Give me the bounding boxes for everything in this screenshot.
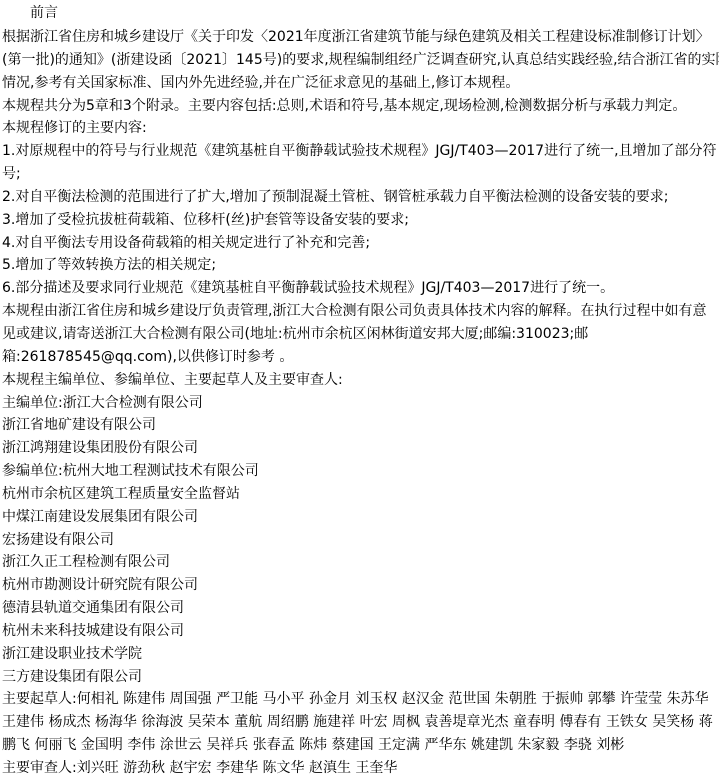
page-title: 前言 (2, 0, 717, 26)
unit-item: 浙江鸿翔建设集团股份有限公司 (2, 437, 717, 460)
revision-item-5: 5.增加了等效转换方法的相关规定; (2, 254, 717, 277)
unit-item: 浙江省地矿建设有限公司 (2, 414, 717, 437)
section-heading: 本规程修订的主要内容: (2, 117, 717, 140)
main-drafters-cont: 鹏飞 何丽飞 金国明 李伟 涂世云 吴祥兵 张春孟 陈炜 蔡建国 王定满 严华东… (2, 734, 717, 757)
unit-item: 浙江建设职业技术学院 (2, 643, 717, 666)
revision-item-6: 6.部分描述及要求同行业规范《建筑基桩自平衡静载试验技术规程》JGJ/T403—… (2, 277, 717, 300)
main-reviewers: 主要审查人:刘兴旺 游劲秋 赵宇宏 李建华 陈文华 赵滇生 王奎华 (2, 757, 717, 780)
main-drafters: 主要起草人:何相礼 陈建伟 周国强 严卫能 马小平 孙金月 刘玉权 赵汉金 范世… (2, 688, 717, 711)
revision-item-1-cont: 号; (2, 163, 717, 186)
paragraph-line: (第一批)的通知》(浙建设函〔2021〕145号)的要求,规程编制组经广泛调查研… (2, 49, 717, 72)
section-heading: 本规程主编单位、参编单位、主要起草人及主要审查人: (2, 369, 717, 392)
revision-item-4: 4.对自平衡法专用设备荷载箱的相关规定进行了补充和完善; (2, 232, 717, 255)
paragraph-line: 情况,参考有关国家标准、国内外先进经验,并在广泛征求意见的基础上,修订本规程。 (2, 72, 717, 95)
chief-editor-unit: 主编单位:浙江大合检测有限公司 (2, 392, 717, 415)
paragraph-line: 根据浙江省住房和城乡建设厅《关于印发〈2021年度浙江省建筑节能与绿色建筑及相关… (2, 26, 717, 49)
unit-item: 杭州市余杭区建筑工程质量安全监督站 (2, 483, 717, 506)
unit-item: 中煤江南建设发展集团有限公司 (2, 506, 717, 529)
revision-item-3: 3.增加了受检抗拔桩荷载箱、位移杆(丝)护套管等设备安装的要求; (2, 209, 717, 232)
contact-email-line: 箱:261878545@qq.com),以供修订时参考 。 (2, 346, 717, 369)
main-drafters-cont: 王建伟 杨成杰 杨海华 徐海波 吴荣本 董航 周绍鹏 施建祥 叶宏 周枫 袁善堤… (2, 711, 717, 734)
unit-item: 德清县轨道交通集团有限公司 (2, 597, 717, 620)
document-body: 前言 根据浙江省住房和城乡建设厅《关于印发〈2021年度浙江省建筑节能与绿色建筑… (0, 0, 719, 780)
unit-item: 杭州市勘测设计研究院有限公司 (2, 574, 717, 597)
unit-item: 浙江久正工程检测有限公司 (2, 551, 717, 574)
paragraph-line: 本规程共分为5章和3个附录。主要内容包括:总则,术语和符号,基本规定,现场检测,… (2, 95, 717, 118)
participating-unit: 参编单位:杭州大地工程测试技术有限公司 (2, 460, 717, 483)
paragraph-line: 见或建议,请寄送浙江大合检测有限公司(地址:杭州市余杭区闲林街道安邦大厦;邮编:… (2, 323, 717, 346)
unit-item: 三方建设集团有限公司 (2, 666, 717, 689)
paragraph-line: 本规程由浙江省住房和城乡建设厅负责管理,浙江大合检测有限公司负责具体技术内容的解… (2, 300, 717, 323)
unit-item: 杭州未来科技城建设有限公司 (2, 620, 717, 643)
unit-item: 宏扬建设有限公司 (2, 529, 717, 552)
revision-item-2: 2.对自平衡法检测的范围进行了扩大,增加了预制混凝土管桩、钢管桩承载力自平衡法检… (2, 186, 717, 209)
revision-item-1: 1.对原规程中的符号与行业规范《建筑基桩自平衡静载试验技术规程》JGJ/T403… (2, 140, 717, 163)
